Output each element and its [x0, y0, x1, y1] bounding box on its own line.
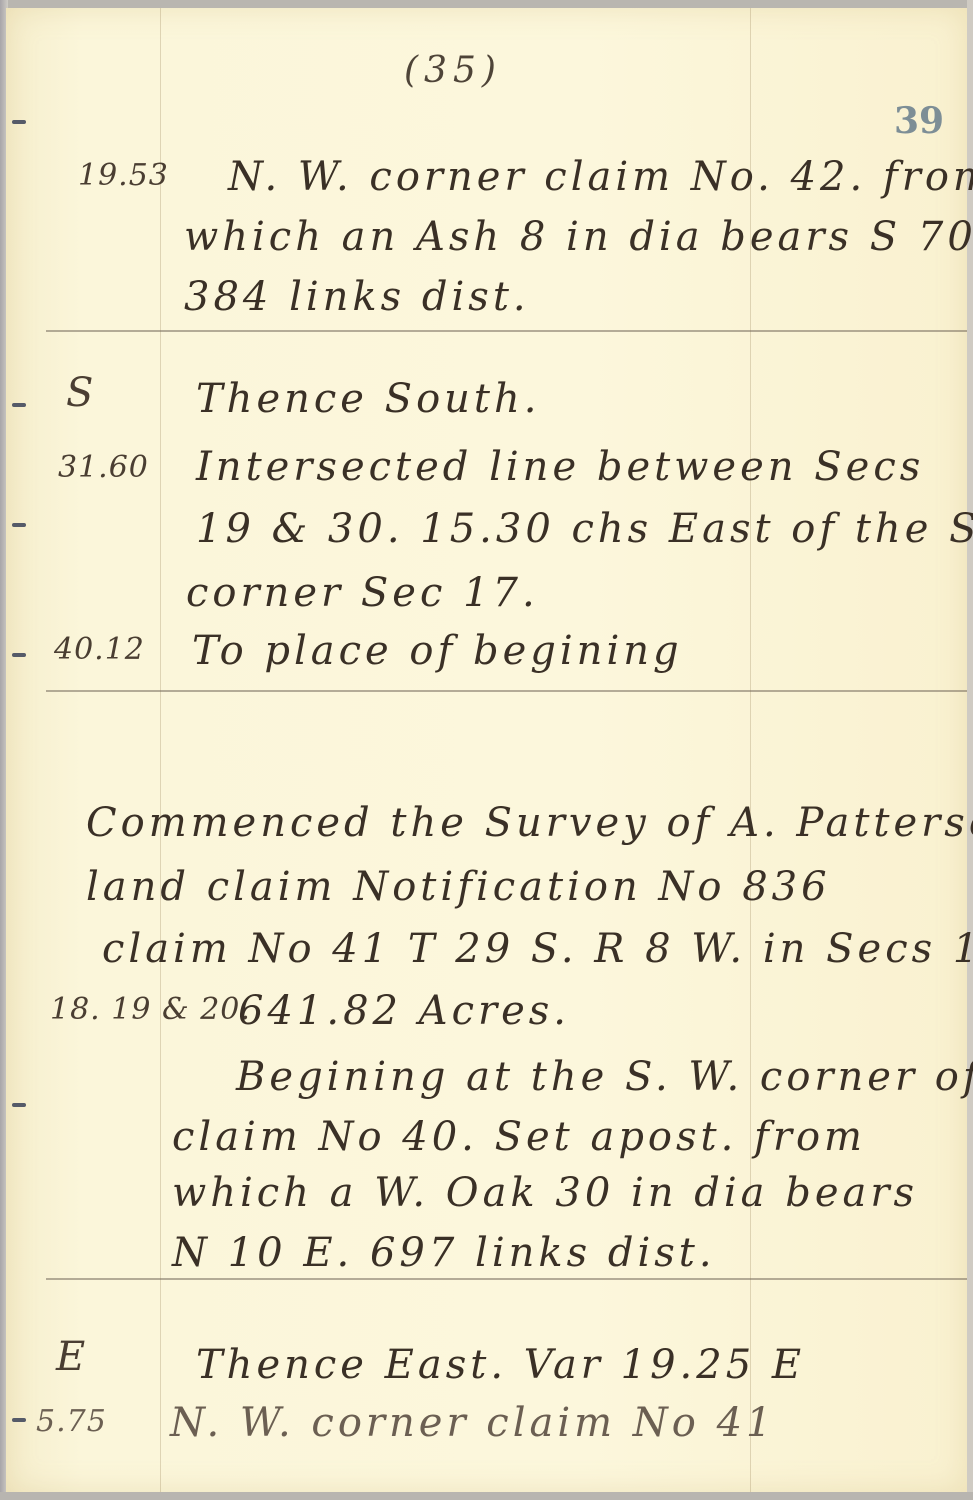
section-divider	[46, 330, 967, 332]
entry-line: N. W. corner claim No. 42. from	[228, 154, 973, 200]
binding-mark	[12, 1418, 26, 1422]
entry-line: land claim Notification No 836	[86, 864, 831, 910]
entry-line: Begining at the S. W. corner of	[236, 1054, 973, 1100]
margin-rule	[160, 8, 161, 1492]
margin-distance: 19.53	[78, 158, 169, 193]
binding-mark	[12, 1103, 26, 1107]
margin-distance: 5.75	[36, 1404, 107, 1439]
entry-line: corner Sec 17.	[186, 570, 539, 616]
entry-line: claim No 41 T 29 S. R 8 W. in Secs 17.	[102, 926, 973, 972]
entry-line: Commenced the Survey of A. Pattersons	[86, 800, 973, 846]
binding-mark	[12, 653, 26, 657]
stamped-page-number: 39	[894, 100, 944, 142]
entry-line: which a W. Oak 30 in dia bears	[172, 1170, 918, 1216]
margin-sections: 18. 19 & 20.	[50, 992, 251, 1027]
binding-mark	[12, 403, 26, 407]
margin-direction: S	[66, 370, 94, 416]
entry-line: Thence South.	[196, 376, 540, 422]
entry-line: 19 & 30. 15.30 chs East of the S.W.	[196, 506, 973, 552]
binding-mark	[12, 523, 26, 527]
section-divider	[46, 690, 967, 692]
entry-line: which an Ash 8 in dia bears S 70	[184, 214, 973, 260]
margin-direction: E	[56, 1334, 86, 1380]
entry-line: Intersected line between Secs	[196, 444, 924, 490]
margin-distance: 31.60	[58, 450, 149, 485]
entry-line: claim No 40. Set apost. from	[172, 1114, 866, 1160]
entry-line: N. W. corner claim No 41	[170, 1400, 775, 1446]
binding-mark	[12, 120, 26, 124]
entry-line: To place of begining	[192, 628, 683, 674]
ledger-page: (35) 39 19.53 N. W. corner claim No. 42.…	[6, 8, 967, 1492]
entry-line: 641.82 Acres.	[238, 988, 570, 1034]
margin-distance: 40.12	[54, 632, 145, 667]
section-divider	[46, 1278, 967, 1280]
entry-line: 384 links dist.	[184, 274, 530, 320]
entry-line: N 10 E. 697 links dist.	[172, 1230, 716, 1276]
entry-line: Thence East. Var 19.25 E	[196, 1342, 805, 1388]
header-page-number: (35)	[404, 50, 502, 91]
scan-bottom-border	[0, 1492, 973, 1500]
